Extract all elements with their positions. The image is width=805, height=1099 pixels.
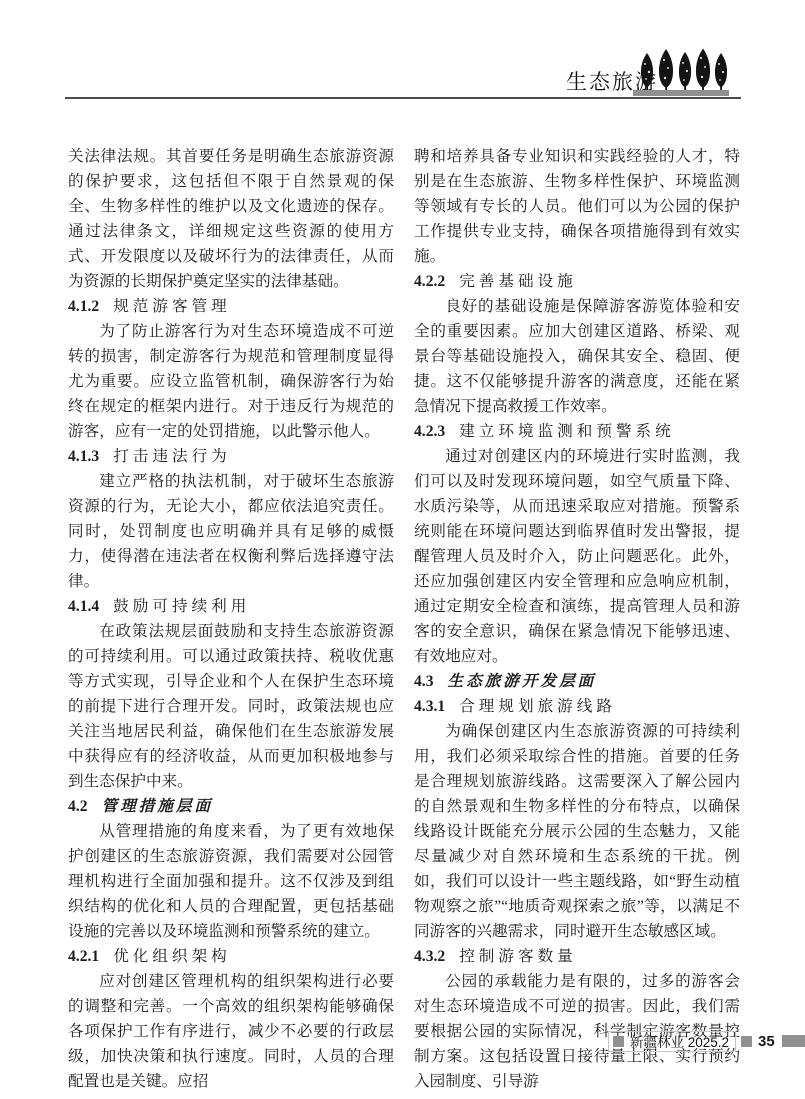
paragraph: 良好的基础设施是保障游客游览体验和安全的重要因素。应加大创建区道路、桥梁、观景台… (414, 294, 740, 419)
section-number: 4.1.2 (68, 298, 99, 315)
paragraph: 应对创建区管理机构的组织架构进行必要的调整和完善。一个高效的组织架构能够确保各项… (68, 969, 394, 1094)
section-title: 合理规划旅游线路 (459, 698, 616, 715)
section-title: 优化组织架构 (113, 948, 231, 965)
trees-icon (637, 48, 731, 91)
section-heading-4.2: 4.2管理措施层面 (68, 794, 394, 819)
journal-issue-box: 新疆林业 2025.2 (608, 1031, 736, 1052)
section-heading-4.3.1: 4.3.1合理规划旅游线路 (414, 694, 740, 719)
page-number: 35 (758, 1033, 775, 1050)
footer-square-icon (741, 1036, 752, 1047)
paragraph: 为了防止游客行为对生态环境造成不可逆转的损害，制定游客行为规范和管理制度显得尤为… (68, 319, 394, 444)
section-heading-4.3: 4.3生态旅游开发层面 (414, 669, 740, 694)
right-text-column: 聘和培养具备专业知识和实践经验的人才，特别是在生态旅游、生物多样性保护、环境监测… (414, 144, 740, 1094)
section-heading-4.1.2: 4.1.2规范游客管理 (68, 294, 394, 319)
paragraph: 聘和培养具备专业知识和实践经验的人才，特别是在生态旅游、生物多样性保护、环境监测… (414, 144, 740, 269)
section-title: 规范游客管理 (113, 298, 231, 315)
section-title: 建立环境监测和预警系统 (459, 423, 675, 440)
section-title: 鼓励可持续利用 (113, 598, 250, 615)
section-heading-4.1.4: 4.1.4鼓励可持续利用 (68, 594, 394, 619)
left-text-column: 关法律法规。其首要任务是明确生态旅游资源的保护要求，这包括但不限于自然景观的保全… (68, 144, 394, 1094)
paragraph: 为确保创建区内生态旅游资源的可持续利用，我们必须采取综合性的措施。首要的任务是合… (414, 719, 740, 944)
section-heading-4.2.1: 4.2.1优化组织架构 (68, 944, 394, 969)
section-number: 4.2.1 (68, 948, 99, 965)
section-number: 4.2.2 (414, 273, 445, 290)
journal-issue-label: 新疆林业 2025.2 (630, 1031, 729, 1051)
section-number: 4.1.3 (68, 448, 99, 465)
section-title: 生态旅游开发层面 (448, 673, 597, 690)
section-heading-4.3.2: 4.3.2控制游客数量 (414, 944, 740, 969)
paragraph: 通过对创建区内的环境进行实时监测，我们可以及时发现环境问题，如空气质量下降、水质… (414, 444, 740, 669)
header-rule (65, 97, 741, 99)
section-heading-4.2.3: 4.2.3建立环境监测和预警系统 (414, 419, 740, 444)
paragraph: 关法律法规。其首要任务是明确生态旅游资源的保护要求，这包括但不限于自然景观的保全… (68, 144, 394, 294)
paragraph: 在政策法规层面鼓励和支持生态旅游资源的可持续利用。可以通过政策扶持、税收优惠等方… (68, 619, 394, 794)
section-heading-4.1.3: 4.1.3打击违法行为 (68, 444, 394, 469)
section-title: 管理措施层面 (102, 798, 214, 815)
footer-square-icon (613, 1036, 624, 1047)
section-number: 4.2.3 (414, 423, 445, 440)
section-heading-4.2.2: 4.2.2完善基础设施 (414, 269, 740, 294)
paragraph: 从管理措施的角度来看，为了更有效地保护创建区的生态旅游资源，我们需要对公园管理机… (68, 819, 394, 944)
section-number: 4.3 (414, 673, 434, 690)
section-number: 4.2 (68, 798, 88, 815)
section-number: 4.3.1 (414, 698, 445, 715)
trees-base-bar (633, 90, 729, 96)
paragraph: 建立严格的执法机制，对于破坏生态旅游资源的行为，无论大小，都应依法追究责任。同时… (68, 469, 394, 594)
section-title: 控制游客数量 (459, 948, 577, 965)
section-number: 4.3.2 (414, 948, 445, 965)
footer-bar (782, 1035, 805, 1047)
section-number: 4.1.4 (68, 598, 99, 615)
section-title: 打击违法行为 (113, 448, 231, 465)
page-footer: 新疆林业 2025.2 35 (608, 1031, 805, 1051)
section-title: 完善基础设施 (459, 273, 577, 290)
magazine-page: 生态旅游 关法律法规。其首要任务是明确生态旅游资源的保护要求，这包括但不限于自然… (0, 0, 805, 1099)
